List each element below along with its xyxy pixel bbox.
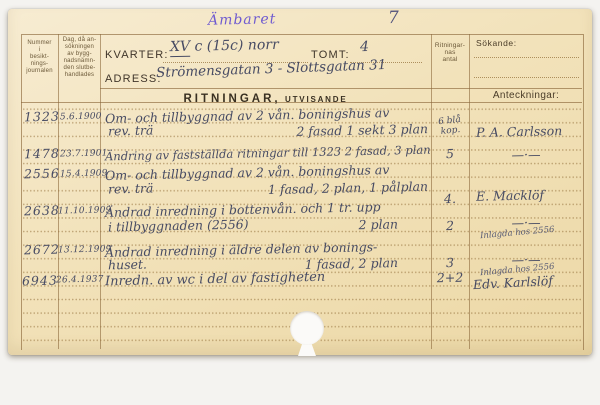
row-applicant: E. Macklöf — [476, 187, 544, 203]
row-antal: 4. — [431, 191, 469, 207]
row-date: 5.6.1900 — [60, 112, 102, 123]
column-header-antal: Ritningar- nas antal — [431, 42, 469, 63]
row-description-line2: rev. trä — [108, 123, 154, 139]
row-antal: 2 — [431, 218, 469, 234]
row-number: 2638 — [24, 203, 60, 219]
anteckningar-label: Anteckningar: — [469, 90, 583, 101]
kvarter-roman: XV — [170, 39, 190, 57]
row-number: 2672 — [24, 242, 60, 258]
scan-background: Ämbaret 7 Nummer i besikt- nings- journa… — [0, 0, 600, 405]
row-description-line2: rev. trä — [108, 181, 154, 197]
sokande-dotted-1 — [474, 56, 579, 58]
row-applicant: —·— — [469, 146, 583, 163]
row-date: 23.7.1901 — [60, 149, 108, 160]
district-annotation: Ämbaret — [208, 11, 277, 28]
row-antal: 2+2 — [431, 270, 469, 286]
sokande-label: Sökande: — [476, 38, 517, 48]
tomt-value: 4 — [360, 39, 369, 55]
index-card: Ämbaret 7 Nummer i besikt- nings- journa… — [8, 9, 592, 355]
column-header-date: Dag, då an- sökningen av bygg- nadsnämn-… — [59, 37, 100, 79]
banner-subtitle: UTVISANDE — [285, 95, 347, 104]
punch-hole — [290, 311, 324, 345]
row-date: 26.4.1937 — [56, 275, 104, 286]
row-applicant: P. A. Carlsson — [476, 123, 562, 140]
row-date: 13.12.1909 — [58, 244, 112, 255]
banner-title: RITNINGAR, — [184, 93, 281, 105]
row-number: 2556 — [24, 166, 60, 182]
row-number: 1323 — [24, 109, 60, 125]
kvarter-rest: c (15c) norr — [194, 37, 278, 55]
row-date: 15.4.1909 — [60, 169, 108, 180]
row-description-line2: huset. — [108, 257, 147, 273]
row-antal: 6 blå kop. — [430, 114, 470, 138]
card-number-annotation: 7 — [388, 8, 399, 28]
row-antal: 3 — [431, 255, 469, 271]
adress-label: ADRESS: — [105, 73, 162, 85]
row-description-line2: i tillbyggnaden (2556) — [108, 217, 249, 235]
row-drawing-types: 2 plan — [248, 216, 398, 234]
column-header-number: Nummer i besikt- nings- journalen — [21, 40, 58, 75]
row-number: 6943 — [22, 273, 58, 289]
sokande-dotted-2 — [474, 76, 579, 78]
row-date: 11.10.1909 — [58, 205, 112, 216]
row-number: 1478 — [24, 146, 60, 162]
kvarter-label: KVARTER: — [105, 49, 169, 61]
row-antal: 5 — [431, 146, 469, 162]
